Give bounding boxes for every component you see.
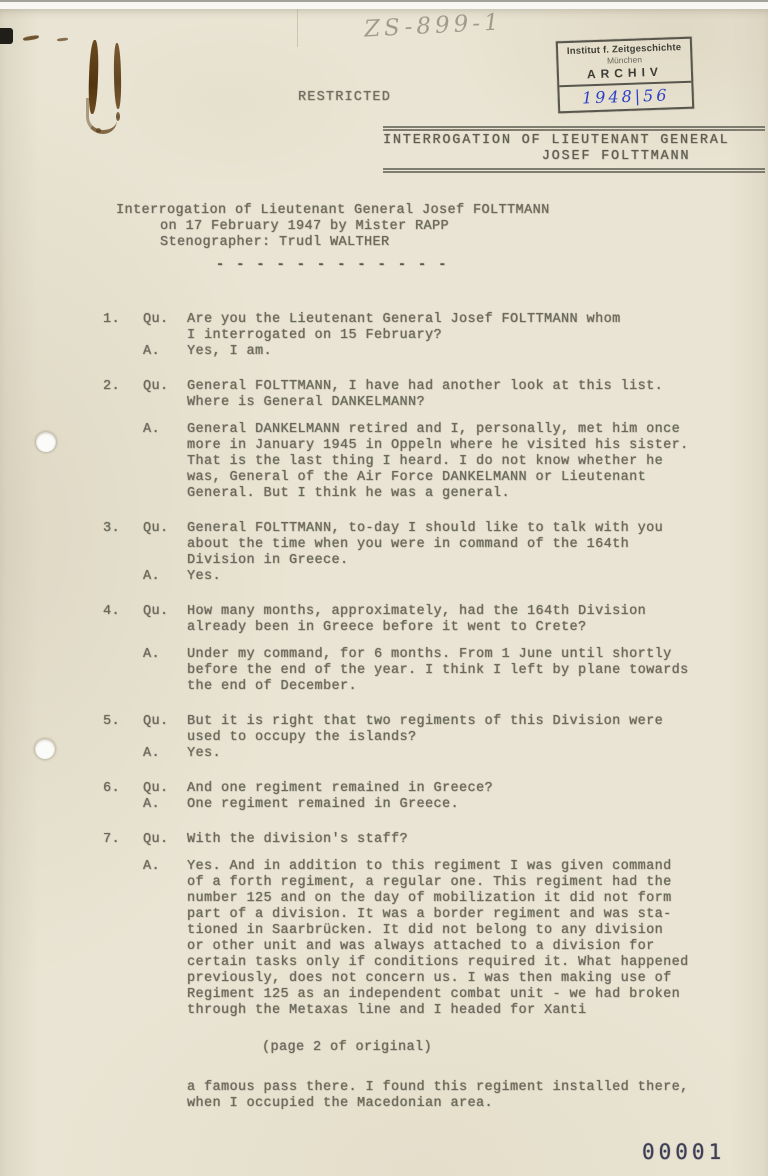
question-text: And one regiment remained in Greece? <box>187 781 723 797</box>
qa-item: 3. Qu. General FOLTTMANN, to-day I shoul… <box>103 521 723 585</box>
classification-marking: RESTRICTED <box>298 90 391 106</box>
question-label: Qu. <box>143 379 187 395</box>
answer-label: A. <box>143 797 187 813</box>
answer-text: One regiment remained in Greece. <box>187 797 723 813</box>
answer-label: A. <box>143 422 187 438</box>
question-label: Qu. <box>143 832 187 848</box>
question-number: 5. <box>103 714 143 730</box>
qa-item: 6. Qu. And one regiment remained in Gree… <box>103 781 723 813</box>
question-text: How many months, approximately, had the … <box>187 604 723 636</box>
answer-text: Yes. <box>187 569 723 585</box>
paper-crease <box>297 9 298 47</box>
dashed-separator: - - - - - - - - - - - - <box>216 258 550 274</box>
heading-block: Interrogation of Lieutenant General Jose… <box>116 203 550 274</box>
question-number: 1. <box>103 312 143 328</box>
answer-text: Yes, I am. <box>187 344 723 360</box>
qa-item: 5. Qu. But it is right that two regiment… <box>103 714 723 762</box>
qa-section: 1. Qu. Are you the Lieutenant General Jo… <box>103 312 723 1112</box>
punch-hole <box>35 739 55 759</box>
question-number: 6. <box>103 781 143 797</box>
answer-text: Yes. <box>187 746 723 762</box>
answer-text: Under my command, for 6 months. From 1 J… <box>187 647 723 695</box>
title-line-2: JOSEF FOLTTMANN <box>383 149 765 165</box>
stamp-accession-number: 1948|56 <box>559 81 692 112</box>
closing-text: a famous pass there. I found this regime… <box>187 1080 723 1112</box>
heading-line-2: on 17 February 1947 by Mister RAPP <box>160 219 550 235</box>
question-text: General FOLTTMANN, to-day I should like … <box>187 521 723 569</box>
question-number: 7. <box>103 832 143 848</box>
qa-item: 2. Qu. General FOLTTMANN, I have had ano… <box>103 379 723 502</box>
question-number: 2. <box>103 379 143 395</box>
qa-item: 1. Qu. Are you the Lieutenant General Jo… <box>103 312 723 360</box>
heading-line-1: Interrogation of Lieutenant General Jose… <box>116 203 550 219</box>
answer-text: Yes. And in addition to this regiment I … <box>187 859 723 1019</box>
question-text: Are you the Lieutenant General Josef FOL… <box>187 312 723 344</box>
ink-stain-hook <box>86 98 117 134</box>
heading-line-3: Stenographer: Trudl WALTHER <box>160 235 550 251</box>
answer-text: General DANKELMANN retired and I, person… <box>187 422 723 502</box>
question-number: 3. <box>103 521 143 537</box>
question-text: General FOLTTMANN, I have had another lo… <box>187 379 723 411</box>
scan-corner-mark <box>0 28 13 44</box>
ink-stain-drip <box>116 112 120 121</box>
question-number: 4. <box>103 604 143 620</box>
qa-item: 7. Qu. With the division's staff? A. Yes… <box>103 832 723 1019</box>
punch-hole <box>36 432 56 452</box>
answer-label: A. <box>143 746 187 762</box>
question-label: Qu. <box>143 604 187 620</box>
answer-label: A. <box>143 859 187 875</box>
archive-stamp: Institut f. Zeitgeschichte München ARCHI… <box>556 37 694 114</box>
question-text: But it is right that two regiments of th… <box>187 714 723 746</box>
question-label: Qu. <box>143 714 187 730</box>
answer-label: A. <box>143 569 187 585</box>
original-page-note: (page 2 of original) <box>262 1040 723 1056</box>
question-label: Qu. <box>143 781 187 797</box>
answer-label: A. <box>143 344 187 360</box>
question-text: With the division's staff? <box>187 832 723 848</box>
title-line-1: INTERROGATION OF LIEUTENANT GENERAL <box>383 133 765 149</box>
qa-item: 4. Qu. How many months, approximately, h… <box>103 604 723 695</box>
page-number-stamp: 00001 <box>642 1140 725 1164</box>
answer-label: A. <box>143 647 187 663</box>
question-label: Qu. <box>143 312 187 328</box>
question-label: Qu. <box>143 521 187 537</box>
ink-stain-dot <box>96 128 101 133</box>
document-title-block: INTERROGATION OF LIEUTENANT GENERAL JOSE… <box>383 126 765 173</box>
